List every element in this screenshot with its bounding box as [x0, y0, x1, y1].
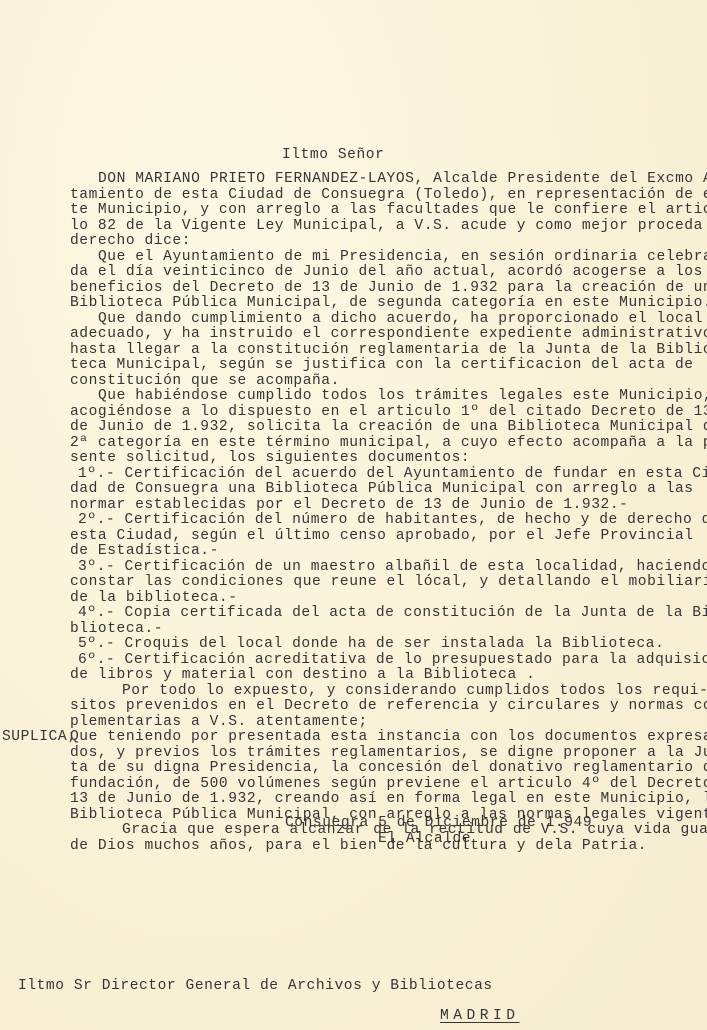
salutation: Iltmo Señor: [282, 148, 384, 164]
paragraph-considering: Por todo lo expuesto, y considerando cum…: [70, 684, 707, 731]
text-line: da el día veinticinco de Junio del año a…: [70, 265, 707, 281]
text-line: de Junio de 1.932, solicita la creación …: [70, 420, 707, 436]
text-line: dos, y previos los trámites reglamentari…: [70, 746, 707, 762]
text-line: blioteca.-: [70, 622, 707, 638]
text-line: plementarias a V.S. atentamente;: [70, 715, 707, 731]
signature-role: El Alcalde: [378, 832, 471, 848]
text-line: beneficios del Decreto de 13 de Junio de…: [70, 281, 707, 297]
text-line: normar establecidas por el Decreto de 13…: [70, 498, 707, 514]
suplica-label: SUPLICA;: [2, 730, 76, 746]
text-line: 2º.- Certificación del número de habitan…: [70, 513, 707, 529]
text-line: Por todo lo expuesto, y considerando cum…: [70, 684, 707, 700]
suplica-section: SUPLICA; Que teniendo por presentada est…: [70, 730, 707, 823]
text-line: Que teniendo por presentada esta instanc…: [70, 730, 707, 746]
text-line: DON MARIANO PRIETO FERNANDEZ-LAYOS, Alca…: [70, 172, 707, 188]
text-line: te Municipio, y con arreglo a las facult…: [70, 203, 707, 219]
text-line: Que dando cumplimiento a dicho acuerdo, …: [70, 312, 707, 328]
text-line: 6º.- Certificación acreditativa de lo pr…: [70, 653, 707, 669]
text-line: Biblioteca Pública Municipal, de segunda…: [70, 296, 707, 312]
text-line: Que el Ayuntamiento de mi Presidencia, e…: [70, 250, 707, 266]
text-line: ta de su digna Presidencia, la concesión…: [70, 761, 707, 777]
document-item-6: 6º.- Certificación acreditativa de lo pr…: [70, 653, 707, 684]
text-line: derecho dice:: [70, 234, 707, 250]
document-item-5: 5º.- Croquis del local donde ha de ser i…: [70, 637, 707, 653]
text-line: sente solicitud, los siguientes document…: [70, 451, 707, 467]
letter-body: DON MARIANO PRIETO FERNANDEZ-LAYOS, Alca…: [70, 172, 707, 854]
addressee-city: MADRID: [440, 1009, 520, 1025]
text-line: 5º.- Croquis del local donde ha de ser i…: [70, 637, 707, 653]
document-item-3: 3º.- Certificación de un maestro albañil…: [70, 560, 707, 607]
paragraph-session: Que el Ayuntamiento de mi Presidencia, e…: [70, 250, 707, 312]
text-line: 4º.- Copia certificada del acta de const…: [70, 606, 707, 622]
text-line: 13 de Junio de 1.932, creando así en for…: [70, 792, 707, 808]
paragraph-request: Que habiéndose cumplido todos los trámit…: [70, 389, 707, 467]
document-item-1: 1º.- Certificación del acuerdo del Ayunt…: [70, 467, 707, 514]
addressee: Iltmo Sr Director General de Archivos y …: [18, 979, 493, 995]
text-line: 1º.- Certificación del acuerdo del Ayunt…: [70, 467, 707, 483]
text-line: lo 82 de la Vigente Ley Municipal, a V.S…: [70, 219, 707, 235]
text-line: de la biblioteca.-: [70, 591, 707, 607]
typewritten-letter: Iltmo Señor DON MARIANO PRIETO FERNANDEZ…: [0, 0, 707, 1030]
text-line: de libros y material con destino a la Bi…: [70, 668, 707, 684]
text-line: acogiéndose a lo dispuesto en el articul…: [70, 405, 707, 421]
place-and-date: Consuegra 5 de Diciembre de 1.949: [285, 816, 592, 832]
intro-paragraph: DON MARIANO PRIETO FERNANDEZ-LAYOS, Alca…: [70, 172, 707, 250]
text-line: fundación, de 500 volúmenes según previe…: [70, 777, 707, 793]
text-line: dad de Consuegra una Biblioteca Pública …: [70, 482, 707, 498]
text-line: sitos prevenidos en el Decreto de refere…: [70, 699, 707, 715]
text-line: constitución que se acompaña.: [70, 374, 707, 390]
text-line: constar las condiciones que reune el lóc…: [70, 575, 707, 591]
document-item-2: 2º.- Certificación del número de habitan…: [70, 513, 707, 560]
text-line: 3º.- Certificación de un maestro albañil…: [70, 560, 707, 576]
document-item-4: 4º.- Copia certificada del acta de const…: [70, 606, 707, 637]
text-line: teca Municipal, según se justifica con l…: [70, 358, 707, 374]
text-line: tamiento de esta Ciudad de Consuegra (To…: [70, 188, 707, 204]
text-line: de Estadística.-: [70, 544, 707, 560]
text-line: Que habiéndose cumplido todos los trámit…: [70, 389, 707, 405]
paragraph-compliance: Que dando cumplimiento a dicho acuerdo, …: [70, 312, 707, 390]
text-line: hasta llegar a la constitución reglament…: [70, 343, 707, 359]
text-line: esta Ciudad, según el último censo aprob…: [70, 529, 707, 545]
text-line: adecuado, y ha instruido el correspondie…: [70, 327, 707, 343]
text-line: 2ª categoría en este término municipal, …: [70, 436, 707, 452]
